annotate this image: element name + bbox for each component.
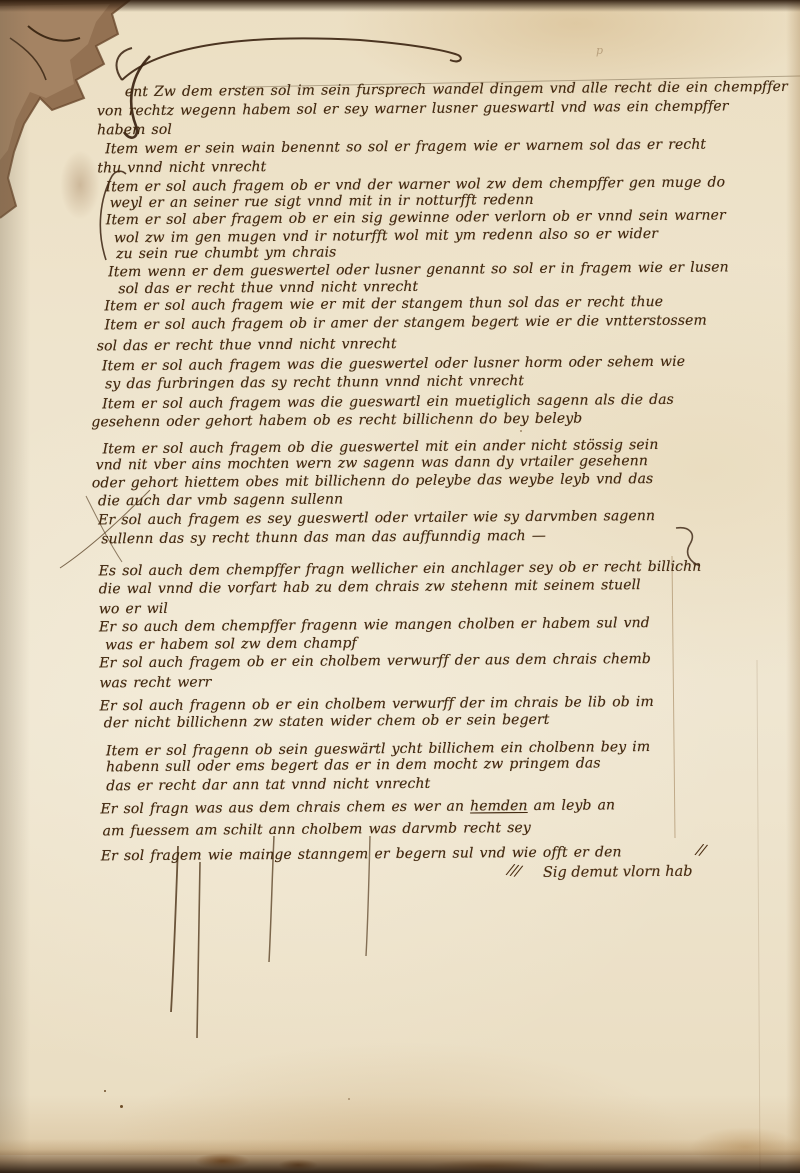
manuscript-line: vnd nit vber ains mochten wern zw sagenn… bbox=[96, 453, 648, 473]
manuscript-line: gesehenn oder gehort habem ob es recht b… bbox=[91, 411, 582, 431]
manuscript-line: zu sein rue chumbt ym chrais bbox=[116, 244, 337, 262]
manuscript-line: Item wem er sein wain benennt so sol er … bbox=[105, 137, 706, 158]
manuscript-line: oder gehort hiettem obes mit billichenn … bbox=[92, 471, 654, 491]
page-edge-bottom bbox=[0, 1139, 800, 1173]
manuscript-line: was er habem sol zw dem champf bbox=[105, 635, 357, 653]
manuscript-line: der nicht billichenn zw staten wider che… bbox=[104, 712, 550, 732]
manuscript-line: Er sol fragn was aus dem chrais chem es … bbox=[100, 797, 615, 817]
manuscript-line: sullenn das sy recht thunn das man das a… bbox=[101, 528, 546, 547]
manuscript-line: Item wenn er dem gueswertel oder lusner … bbox=[108, 259, 729, 280]
manuscript-line: Er sol fragem wie mainge stanngem er beg… bbox=[101, 844, 622, 864]
manuscript-line: habem sol bbox=[97, 122, 172, 139]
manuscript-line: Er so auch dem chempffer fragenn wie man… bbox=[99, 615, 650, 635]
page-edge-top bbox=[0, 0, 800, 12]
manuscript-line: wol zw im gen mugen vnd ir noturfft wol … bbox=[114, 226, 658, 246]
parchment-page: p ent Zw dem ersten sol im sein fursprec… bbox=[0, 0, 800, 1173]
manuscript-line: was recht werr bbox=[99, 674, 211, 691]
manuscript-line: Er sol auch fragem es sey gueswertl oder… bbox=[98, 508, 655, 528]
line-end-slashes: // bbox=[695, 840, 707, 859]
manuscript-line: habenn sull oder ems begert das er in de… bbox=[106, 755, 601, 775]
manuscript-line: thu vnnd nicht vnrecht bbox=[97, 159, 266, 176]
manuscript-line: sy das furbringen das sy recht thunn vnn… bbox=[105, 373, 524, 392]
manuscript-line: sol das er recht thue vnnd nicht vnrecht bbox=[118, 279, 418, 297]
manuscript-line: Er sol auch fragenn ob er ein cholbem ve… bbox=[100, 694, 654, 714]
manuscript-line: Er sol auch fragem ob er ein cholbem ver… bbox=[99, 651, 651, 671]
line-segment: am leyb an bbox=[528, 797, 616, 814]
underlined-word: hemden bbox=[470, 798, 528, 814]
manuscript-line: ent Zw dem ersten sol im sein fursprech … bbox=[125, 79, 788, 100]
manuscript-line: wo er wil bbox=[99, 601, 168, 618]
catchword-slashes: /// bbox=[506, 860, 522, 880]
text-block: ent Zw dem ersten sol im sein fursprech … bbox=[0, 0, 800, 1173]
catchword: Sig demut vlorn hab bbox=[543, 864, 693, 881]
page-edge-right bbox=[786, 0, 800, 1173]
manuscript-line: die wal vnnd die vorfart hab zu dem chra… bbox=[99, 577, 641, 597]
manuscript-line: Item er sol auch fragem was die gueswert… bbox=[102, 354, 685, 375]
page-edge-left bbox=[0, 0, 30, 1173]
manuscript-line: am fuessem am schilt ann cholbem was dar… bbox=[103, 820, 531, 839]
manuscript-line: das er recht dar ann tat vnnd nicht vnre… bbox=[106, 776, 430, 795]
line-segment: Er sol fragn was aus dem chrais chem es … bbox=[100, 798, 470, 817]
manuscript-line: Item er sol auch fragem wie er mit der s… bbox=[104, 294, 663, 314]
manuscript-line: von rechtz wegenn habem sol er sey warne… bbox=[97, 98, 729, 119]
manuscript-line: weyl er an seiner rue sigt vnnd mit in i… bbox=[110, 192, 534, 211]
manuscript-line: Item er sol auch fragem ob ir amer der s… bbox=[105, 313, 707, 334]
manuscript-line: Es sol auch dem chempffer fragn welliche… bbox=[98, 559, 701, 580]
manuscript-line: die auch dar vmb sagenn sullenn bbox=[98, 491, 343, 509]
manuscript-line: sol das er recht thue vnnd nicht vnrecht bbox=[97, 336, 397, 354]
manuscript-line: Item er sol auch fragem was die gueswart… bbox=[102, 392, 674, 412]
